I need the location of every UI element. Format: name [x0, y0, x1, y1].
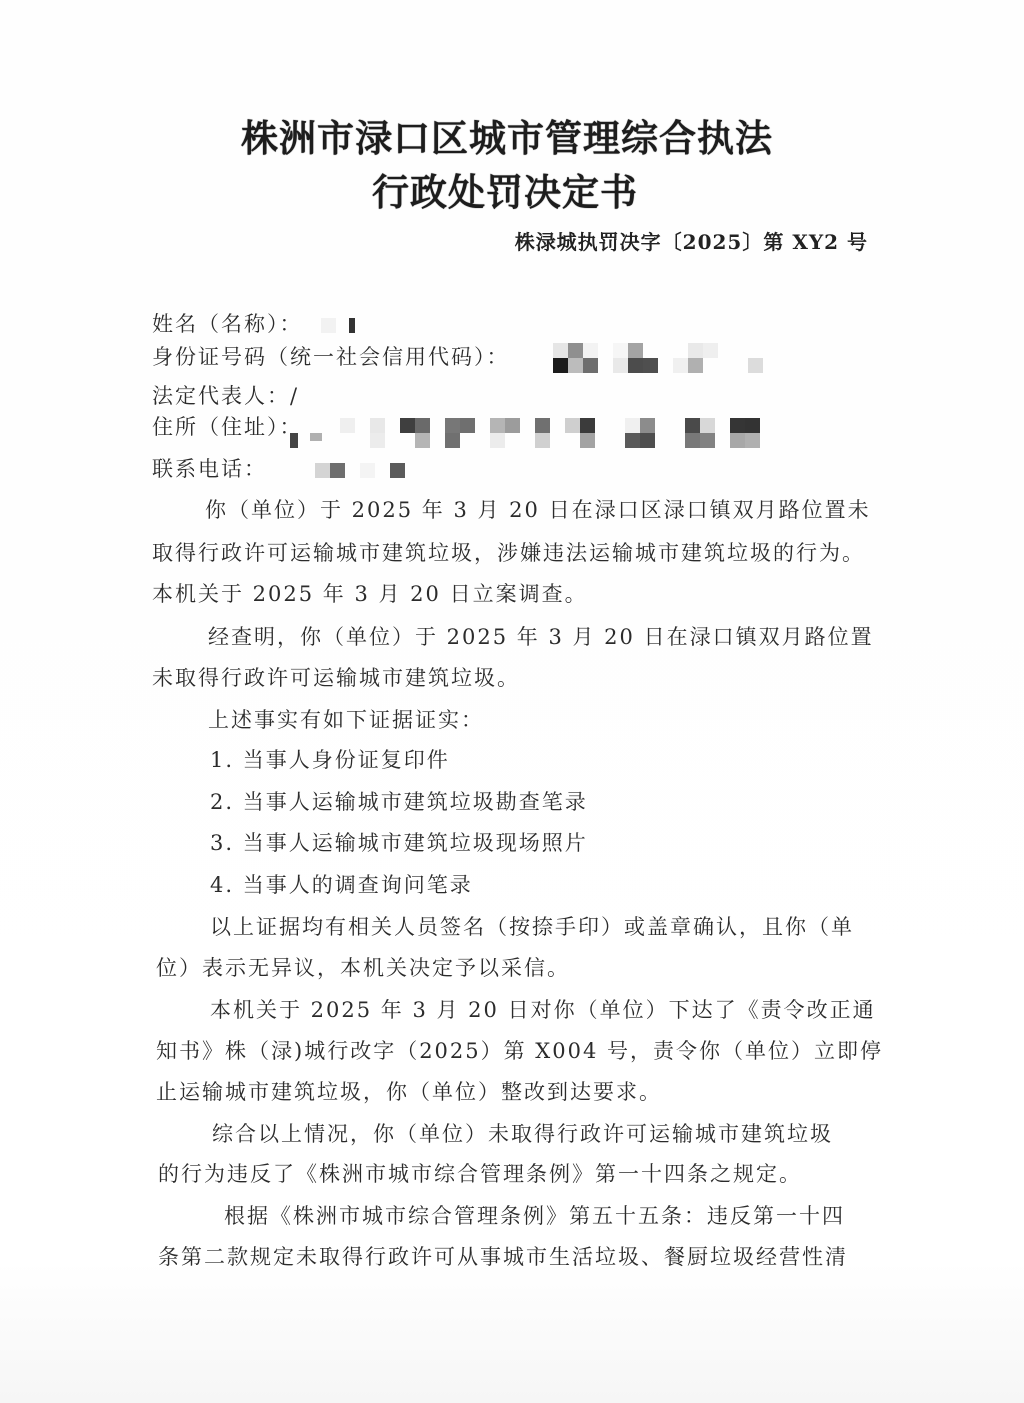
document-title-line1: 株洲市渌口区城市管理综合执法: [2, 108, 1012, 162]
name-redacted-block: [311, 314, 371, 338]
id-label: 身份证号码（统一社会信用代码）：: [152, 345, 510, 369]
phone-field: 联系电话：: [152, 453, 267, 483]
para1-line3: 本机关于 2025 年 3 月 20 日立案调查。: [152, 578, 588, 608]
id-redacted-block: [553, 343, 773, 375]
para3-line1: 以上证据均有相关人员签名（按捺手印）或盖章确认，且你（单: [210, 911, 854, 941]
id-field: 身份证号码（统一社会信用代码）：: [152, 341, 510, 371]
para4-line3: 止运输城市建筑垃圾，你（单位）整改到达要求。: [156, 1076, 662, 1106]
para1-line2: 取得行政许可运输城市建筑垃圾，涉嫌违法运输城市建筑垃圾的行为。: [152, 537, 865, 567]
evidence-item-3: 3. 当事人运输城市建筑垃圾现场照片: [210, 827, 588, 857]
phone-redacted-block: [315, 463, 410, 479]
legal-rep-label: 法定代表人：: [152, 384, 290, 408]
evidence-item-4: 4. 当事人的调查询问笔录: [210, 869, 473, 899]
document-number: 株渌城执罚决字〔2025〕第 XY2 号: [515, 226, 868, 255]
name-label: 姓名（名称）：: [152, 312, 303, 336]
para4-line2: 知书》株（渌)城行改字（2025）第 X004 号，责令你（单位）立即停: [156, 1035, 883, 1065]
evidence-item-2: 2. 当事人运输城市建筑垃圾勘查笔录: [210, 786, 588, 816]
legal-rep-field: 法定代表人：/: [152, 380, 299, 410]
phone-label: 联系电话：: [152, 457, 267, 481]
para2-line2: 未取得行政许可运输城市建筑垃圾。: [152, 662, 520, 692]
address-label: 住所（住址）：: [152, 415, 303, 439]
para6-line2: 条第二款规定未取得行政许可从事城市生活垃圾、餐厨垃圾经营性清: [158, 1241, 848, 1271]
para4-line1: 本机关于 2025 年 3 月 20 日对你（单位）下达了《责令改正通: [210, 994, 876, 1024]
document-page: 株洲市渌口区城市管理综合执法 行政处罚决定书 株渌城执罚决字〔2025〕第 XY…: [0, 0, 1024, 1403]
legal-rep-value: /: [290, 384, 299, 408]
para1-line1: 你（单位）于 2025 年 3 月 20 日在渌口区渌口镇双月路位置未: [205, 494, 871, 524]
para5-line2: 的行为违反了《株洲市城市综合管理条例》第一十四条之规定。: [158, 1158, 802, 1188]
address-redacted-block: [290, 418, 760, 450]
para6-line1: 根据《株洲市城市综合管理条例》第五十五条：违反第一十四: [224, 1200, 845, 1230]
address-field: 住所（住址）：: [152, 411, 303, 441]
para2-line1: 经查明，你（单位）于 2025 年 3 月 20 日在渌口镇双月路位置: [208, 621, 874, 651]
para3-line2: 位）表示无异议，本机关决定予以采信。: [156, 952, 570, 982]
evidence-intro: 上述事实有如下证据证实：: [208, 704, 484, 734]
document-title-line2: 行政处罚决定书: [0, 162, 1010, 216]
name-field: 姓名（名称）：: [152, 308, 371, 338]
para5-line1: 综合以上情况，你（单位）未取得行政许可运输城市建筑垃圾: [212, 1118, 833, 1148]
evidence-item-1: 1. 当事人身份证复印件: [210, 744, 450, 774]
